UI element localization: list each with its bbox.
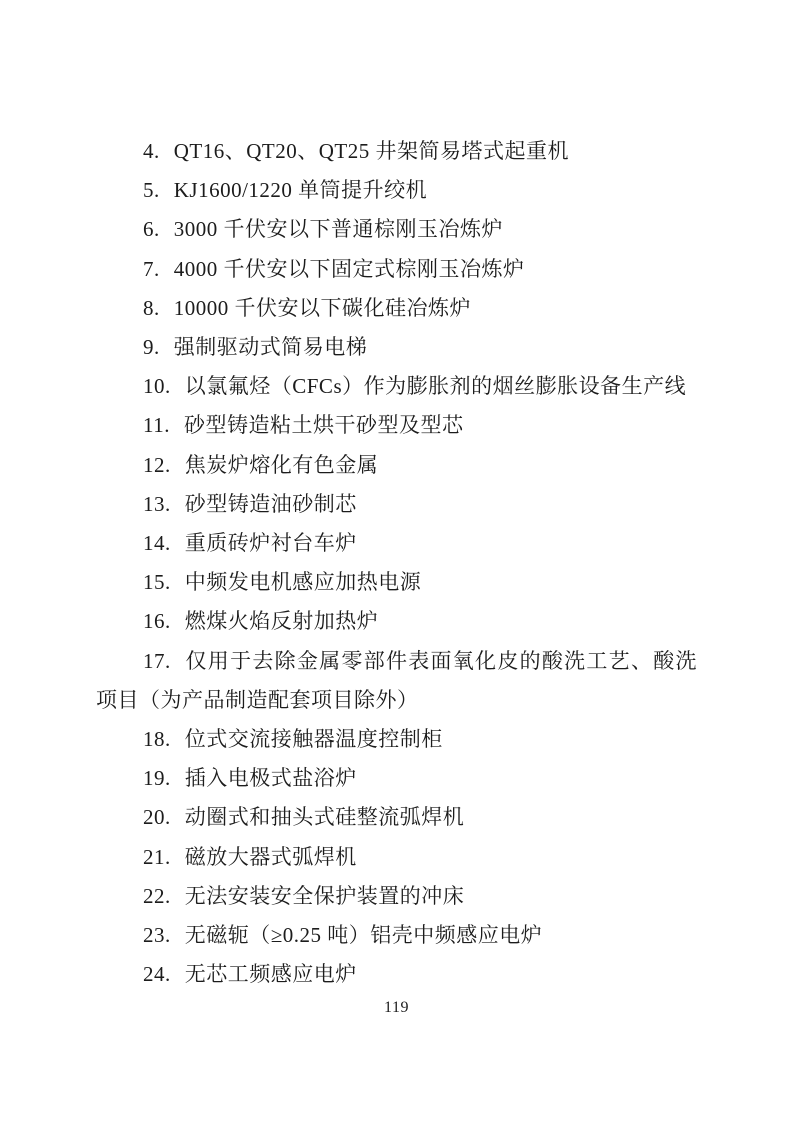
list-item: 19.插入电极式盐浴炉 [96, 759, 697, 798]
item-text: 无芯工频感应电炉 [185, 962, 357, 986]
item-number: 24. [143, 962, 171, 986]
item-text: KJ1600/1220 单筒提升绞机 [174, 178, 427, 202]
list-item: 13.砂型铸造油砂制芯 [96, 485, 697, 524]
list-item: 20.动圈式和抽头式硅整流弧焊机 [96, 798, 697, 837]
page-number: 119 [0, 999, 793, 1017]
list-item: 8.10000 千伏安以下碳化硅冶炼炉 [96, 289, 697, 328]
item-number: 5. [143, 178, 160, 202]
item-number: 11. [143, 413, 170, 437]
item-number: 10. [143, 374, 171, 398]
item-number: 23. [143, 923, 171, 947]
item-number: 19. [143, 766, 171, 790]
list-item: 6.3000 千伏安以下普通棕刚玉冶炼炉 [96, 210, 697, 249]
list-item: 9.强制驱动式简易电梯 [96, 328, 697, 367]
list-item: 16.燃煤火焰反射加热炉 [96, 602, 697, 641]
item-text: 磁放大器式弧焊机 [185, 845, 357, 869]
item-text: 重质砖炉衬台车炉 [185, 531, 357, 555]
list-item: 17.仅用于去除金属零部件表面氧化皮的酸洗工艺、酸洗项目（为产品制造配套项目除外… [96, 642, 697, 720]
item-text: 砂型铸造粘土烘干砂型及型芯 [184, 413, 464, 437]
list-item: 22.无法安装安全保护装置的冲床 [96, 877, 697, 916]
item-text: 3000 千伏安以下普通棕刚玉冶炼炉 [174, 217, 503, 241]
item-number: 16. [143, 609, 171, 633]
item-text: 仅用于去除金属零部件表面氧化皮的酸洗工艺、酸洗项目（为产品制造配套项目除外） [96, 649, 697, 712]
restricted-items-list: 4.QT16、QT20、QT25 井架简易塔式起重机 5.KJ1600/1220… [96, 132, 697, 994]
item-number: 18. [143, 727, 171, 751]
document-page: 4.QT16、QT20、QT25 井架简易塔式起重机 5.KJ1600/1220… [0, 0, 793, 1122]
list-item: 18.位式交流接触器温度控制柜 [96, 720, 697, 759]
list-item: 11.砂型铸造粘土烘干砂型及型芯 [96, 406, 697, 445]
item-text: QT16、QT20、QT25 井架简易塔式起重机 [174, 139, 569, 163]
item-text: 插入电极式盐浴炉 [185, 766, 357, 790]
item-number: 20. [143, 805, 171, 829]
item-number: 15. [143, 570, 171, 594]
item-text: 强制驱动式简易电梯 [174, 335, 368, 359]
list-item: 10.以氯氟烃（CFCs）作为膨胀剂的烟丝膨胀设备生产线 [96, 367, 697, 406]
item-number: 7. [143, 257, 160, 281]
list-item: 7.4000 千伏安以下固定式棕刚玉冶炼炉 [96, 250, 697, 289]
list-item: 4.QT16、QT20、QT25 井架简易塔式起重机 [96, 132, 697, 171]
item-text: 位式交流接触器温度控制柜 [185, 727, 443, 751]
item-text: 4000 千伏安以下固定式棕刚玉冶炼炉 [174, 257, 525, 281]
item-number: 12. [143, 453, 171, 477]
item-text: 以氯氟烃（CFCs）作为膨胀剂的烟丝膨胀设备生产线 [185, 374, 686, 398]
item-number: 6. [143, 217, 160, 241]
item-number: 22. [143, 884, 171, 908]
item-text: 10000 千伏安以下碳化硅冶炼炉 [174, 296, 471, 320]
item-number: 9. [143, 335, 160, 359]
list-item: 5.KJ1600/1220 单筒提升绞机 [96, 171, 697, 210]
item-number: 8. [143, 296, 160, 320]
list-item: 21.磁放大器式弧焊机 [96, 838, 697, 877]
item-text: 动圈式和抽头式硅整流弧焊机 [185, 805, 465, 829]
item-number: 13. [143, 492, 171, 516]
item-number: 14. [143, 531, 171, 555]
list-item: 14.重质砖炉衬台车炉 [96, 524, 697, 563]
item-text: 中频发电机感应加热电源 [185, 570, 422, 594]
list-item: 12.焦炭炉熔化有色金属 [96, 446, 697, 485]
item-text: 无磁轭（≥0.25 吨）铝壳中频感应电炉 [185, 923, 543, 947]
item-text: 焦炭炉熔化有色金属 [185, 453, 379, 477]
list-item: 23.无磁轭（≥0.25 吨）铝壳中频感应电炉 [96, 916, 697, 955]
list-item: 24.无芯工频感应电炉 [96, 955, 697, 994]
list-item: 15.中频发电机感应加热电源 [96, 563, 697, 602]
item-text: 砂型铸造油砂制芯 [185, 492, 357, 516]
item-text: 燃煤火焰反射加热炉 [185, 609, 379, 633]
item-number: 21. [143, 845, 171, 869]
item-text: 无法安装安全保护装置的冲床 [185, 884, 465, 908]
item-number: 17. [143, 649, 171, 673]
item-number: 4. [143, 139, 160, 163]
